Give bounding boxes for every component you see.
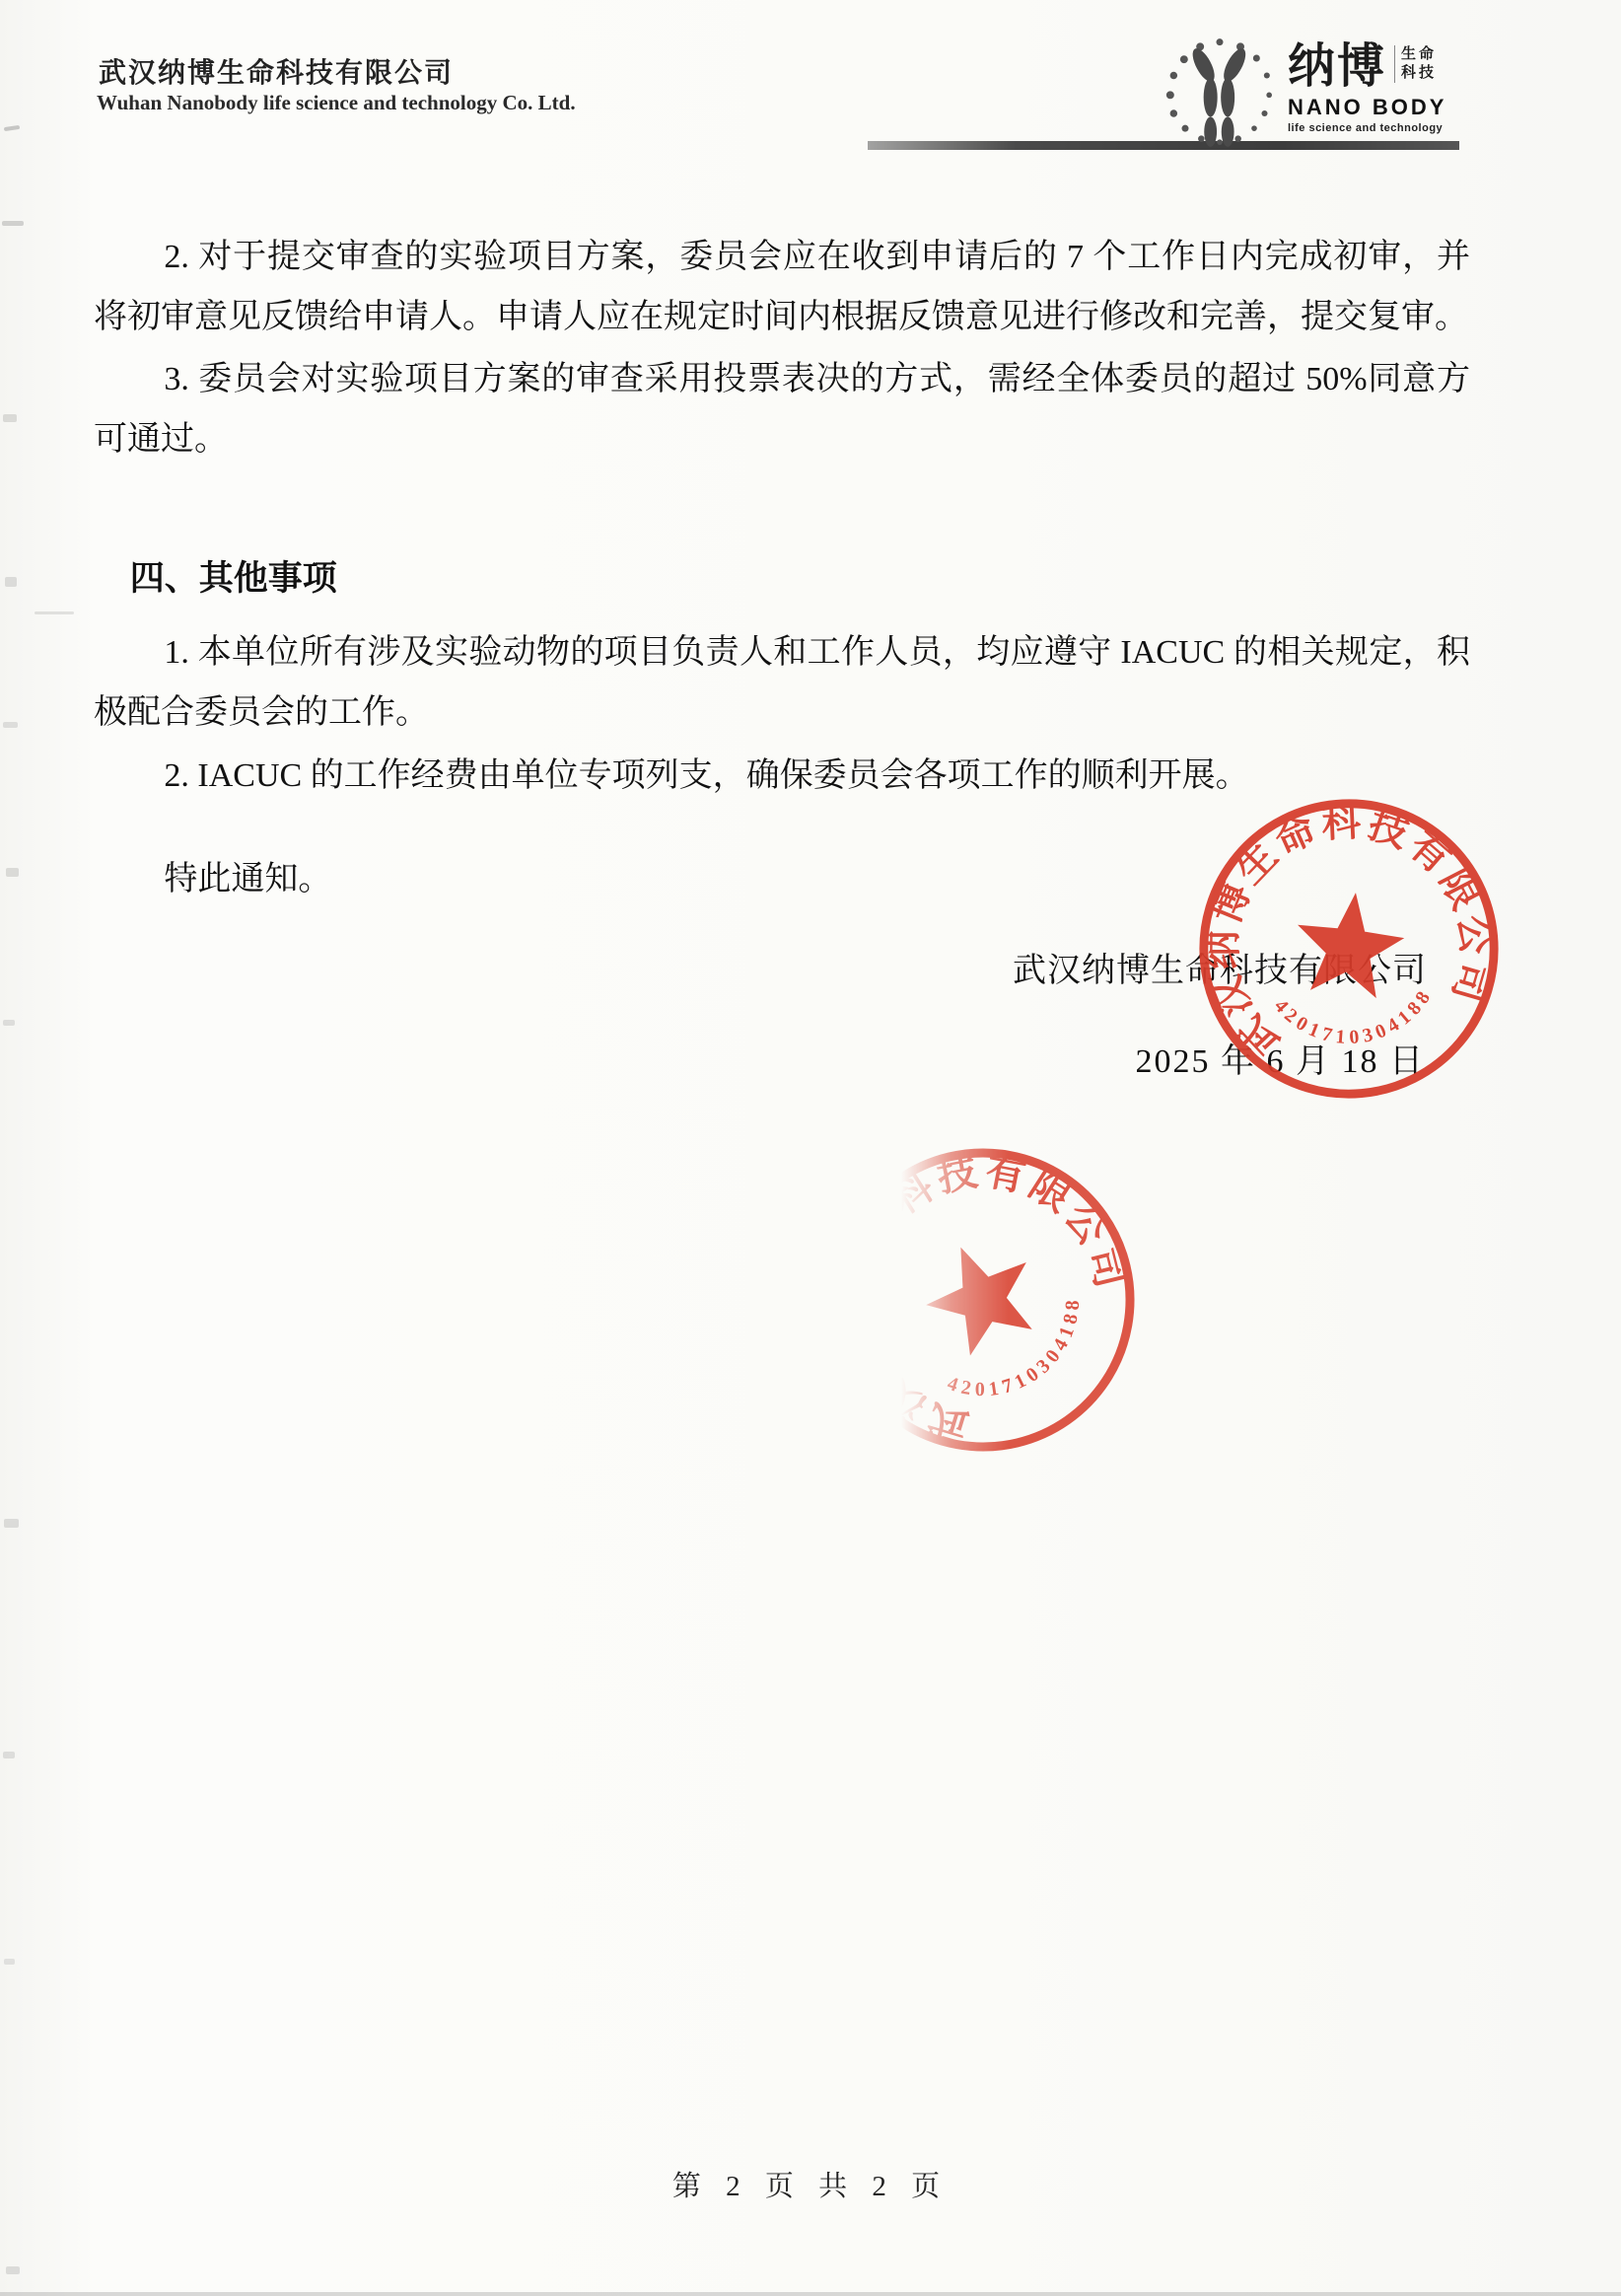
scan-artifact bbox=[4, 125, 20, 131]
seal-code: 4201710304188 bbox=[1269, 982, 1442, 1055]
header-company-name-en: Wuhan Nanobody life science and technolo… bbox=[97, 91, 576, 115]
section-heading-other-matters: 四、其他事项 bbox=[94, 548, 1470, 609]
scan-artifact bbox=[3, 1752, 15, 1758]
scan-edge-shadow bbox=[0, 2292, 1621, 2296]
logo-brand-sub: 生命 科技 bbox=[1394, 45, 1437, 83]
scan-artifact bbox=[6, 2266, 20, 2274]
antibody-dots-icon bbox=[1162, 37, 1278, 148]
company-logo: 纳博 生命 科技 NANO BODY life science and tech… bbox=[1162, 37, 1576, 146]
paragraph-review-initial: 2. 对于提交审查的实验项目方案，委员会应在收到申请后的 7 个工作日内完成初审… bbox=[94, 227, 1470, 347]
logo-sub-line1: 生命 bbox=[1401, 45, 1437, 62]
logo-brand-en: NANO BODY bbox=[1288, 95, 1446, 120]
paragraph-voting: 3. 委员会对实验项目方案的审查采用投票表决的方式，需经全体委员的超过 50%同… bbox=[94, 349, 1470, 469]
scan-artifact bbox=[35, 611, 74, 614]
company-seal-stamp-partial: 武汉纳博生命科技有限公司 4201710304188 bbox=[825, 1142, 1141, 1458]
logo-brand-cn: 纳博 bbox=[1288, 43, 1386, 91]
header-company-name-cn: 武汉纳博生命科技有限公司 bbox=[99, 51, 454, 91]
scan-artifact bbox=[4, 1959, 15, 1965]
seal-star bbox=[1290, 887, 1409, 1001]
scan-artifact bbox=[3, 1020, 15, 1026]
page-number: 第 2 页 共 2 页 bbox=[0, 2164, 1621, 2204]
company-seal-stamp: 武汉纳博生命科技有限公司 4201710304188 bbox=[1193, 793, 1505, 1105]
logo-sub-line2: 科技 bbox=[1401, 64, 1437, 81]
logo-tagline: life science and technology bbox=[1288, 122, 1446, 134]
scan-artifact bbox=[2, 221, 24, 226]
seal-star bbox=[911, 1226, 1052, 1364]
scan-artifact bbox=[3, 414, 17, 422]
svg-text:4201710304188: 4201710304188 bbox=[1269, 982, 1442, 1055]
scan-artifact bbox=[3, 722, 18, 728]
scan-artifact bbox=[5, 577, 17, 587]
scan-artifact bbox=[4, 1519, 19, 1528]
document-page: 武汉纳博生命科技有限公司 Wuhan Nanobody life science… bbox=[0, 0, 1621, 2296]
scan-artifact bbox=[6, 868, 19, 877]
paragraph-compliance: 1. 本单位所有涉及实验动物的项目负责人和工作人员，均应遵守 IACUC 的相关… bbox=[94, 622, 1470, 743]
